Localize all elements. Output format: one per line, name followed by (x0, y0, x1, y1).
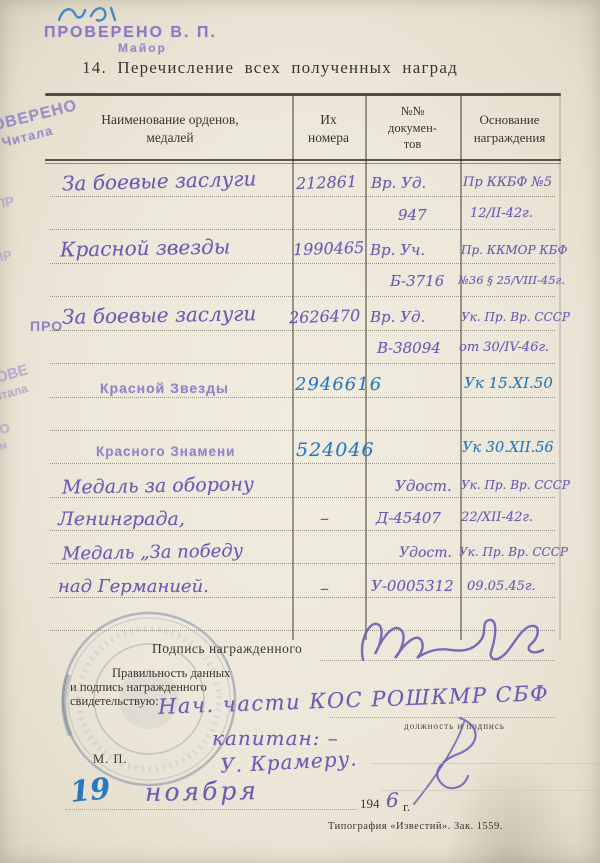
ruled-line (50, 397, 555, 398)
award-doc: Вр. Уд. (371, 176, 426, 191)
award-doc: Вр. Уд. (370, 310, 425, 325)
award-doc: У-0005312 (371, 579, 454, 594)
header-numbers: Их номера (293, 100, 364, 158)
scanned-award-form: ПРОВЕРЕНО В. П. Майор ПРОВЕРЕНО Читала П… (0, 0, 600, 863)
header-rule (45, 159, 561, 161)
award-doc: В-38094 (377, 341, 441, 356)
award-doc: 947 (398, 208, 427, 223)
date-year-printed: 194 (360, 796, 380, 812)
ruled-line (50, 363, 555, 364)
award-basis: Ук. Пр. Вр. СССР (461, 311, 570, 323)
award-basis: 09.05.45г. (467, 580, 536, 593)
certifier-rank-hw: капитан: – (212, 728, 339, 748)
date-day-hw: 19 (69, 774, 112, 807)
header-award-name: Наименование орденов, медалей (50, 100, 290, 158)
award-name: Ленинграда, (58, 510, 185, 529)
award-number: – (320, 580, 329, 598)
certify-text: свидетельствую: (70, 694, 159, 709)
seal-place-label: М. П. (93, 752, 128, 767)
award-number: 524046 (296, 441, 375, 460)
certifier-signature (398, 712, 498, 807)
award-name: над Германией. (58, 578, 209, 596)
ruled-line (50, 263, 555, 264)
margin-stamp-fragment: ПРО (30, 318, 63, 334)
ruled-line (50, 463, 555, 464)
ruled-line (50, 196, 555, 197)
margin-stamp-fragment: ПР (0, 195, 15, 213)
awardee-signature (355, 610, 555, 668)
award-number: 1990465 (293, 240, 365, 258)
column-divider (365, 95, 367, 640)
show-through-line (370, 763, 600, 764)
date-line (65, 809, 357, 810)
award-basis: Ук. Пр. Вр. СССР (461, 479, 570, 491)
award-name: Медаль за оборону (62, 475, 254, 497)
date-year-suffix: г. (403, 799, 410, 815)
award-name: За боевые заслуги (62, 168, 257, 193)
page-title: 14. Перечисление всех полученных наград (40, 58, 500, 78)
margin-stamp-fragment: ПР (0, 248, 13, 266)
header-documents: №№ докумен- тов (366, 98, 459, 158)
award-number: 212861 (296, 174, 358, 192)
award-name-stamped: Красной Звезды (100, 380, 229, 396)
award-name: За боевые заслуги (62, 303, 257, 326)
header-rule2 (45, 163, 561, 164)
award-doc: Удост. (399, 546, 452, 560)
award-doc: Удост. (395, 479, 452, 494)
award-basis: Пр. ККМОР КБФ (461, 244, 567, 256)
award-basis: Пр ККБФ №5 (463, 176, 552, 189)
margin-stamp-fragment: ПРОВЕ Читала (0, 361, 35, 409)
award-number: 2626470 (289, 308, 361, 326)
award-name: Красной звезды (60, 237, 230, 260)
certifier-name-hw: У. Крамеру. (220, 748, 358, 775)
ruled-line (50, 330, 555, 331)
award-name: Медаль „За победу (62, 542, 243, 563)
award-basis: от 30/IV-46г. (459, 341, 549, 354)
award-basis: Ук 30.XII.56 (462, 441, 554, 456)
award-number: – (320, 510, 329, 528)
table-top-rule (45, 93, 561, 96)
ruled-line (50, 530, 555, 531)
award-basis: №36 § 25/VIII-45г. (458, 275, 565, 287)
certify-text: и подпись награжденного (70, 680, 207, 695)
award-basis: Ук 15.XI.50 (464, 376, 553, 391)
certify-text: Правильность данных (112, 666, 230, 681)
award-basis: 22/XII-42г. (461, 511, 533, 524)
award-basis: 12/II-42г. (470, 207, 533, 220)
awardee-signature-label: Подпись награжденного (152, 641, 302, 657)
award-doc: Д-45407 (376, 511, 441, 526)
ruled-line (50, 430, 555, 431)
verified-stamp-rank: Майор (118, 42, 167, 56)
header-basis: Основание награждения (461, 100, 558, 158)
award-name-stamped: Красного Знамени (96, 444, 235, 460)
show-through-line (380, 790, 600, 791)
award-doc: Б-3716 (390, 274, 444, 289)
ruled-line (50, 597, 555, 598)
award-doc: Вр. Уч. (370, 243, 425, 258)
ruled-line (50, 229, 555, 230)
verified-stamp: ПРОВЕРЕНО В. П. (44, 24, 217, 42)
column-divider (292, 95, 294, 640)
award-basis: Ук. Пр. Вр. СССР (459, 546, 568, 558)
margin-stamp-fragment: ПРО Зм (0, 421, 15, 457)
date-month-hw: ноября (145, 778, 259, 805)
date-year-hw: 6 (386, 790, 399, 810)
award-number: 2946616 (295, 376, 382, 394)
ruled-line (50, 296, 555, 297)
print-shop-imprint: Типография «Известий». Зак. 1559. (328, 821, 503, 832)
